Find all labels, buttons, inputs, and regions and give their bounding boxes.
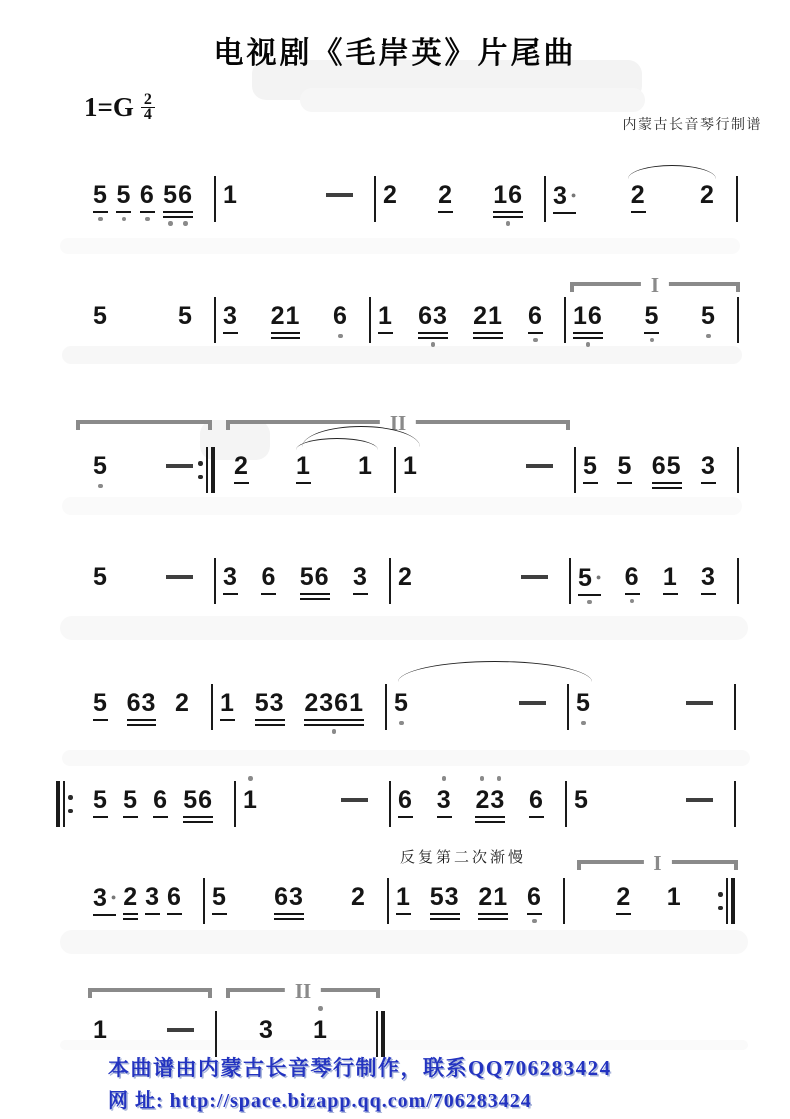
- note: 6: [623, 563, 642, 603]
- dash-note: [684, 786, 715, 802]
- score-line: 5532161632161655I: [0, 302, 790, 358]
- augmentation-dot: ●: [571, 190, 576, 200]
- octave-dot-low: [140, 217, 155, 222]
- note-digits: 5: [617, 452, 632, 480]
- dash-bar: [167, 1028, 194, 1032]
- note-digits: 1: [663, 563, 678, 591]
- note-digits: 1: [396, 883, 411, 911]
- note: 5: [91, 302, 110, 330]
- beam-underline: [430, 913, 460, 915]
- beam-underline: [617, 482, 632, 484]
- volta-bracket-continuation: [76, 420, 212, 430]
- note-digits: 16: [493, 181, 523, 209]
- note: 1: [218, 689, 237, 721]
- beam-underline: [553, 212, 576, 214]
- note-digits: 5: [701, 302, 716, 330]
- measure: 5: [566, 786, 735, 814]
- note: 5: [615, 452, 634, 484]
- note: 6: [138, 181, 157, 221]
- octave-dot-low: [418, 342, 448, 347]
- key-label: 1=G: [84, 92, 134, 123]
- beam-underline: [271, 337, 301, 339]
- barline-single: [737, 297, 739, 343]
- note-digits: 21: [473, 302, 503, 330]
- note: 6: [526, 302, 545, 342]
- note-digits: 21: [478, 883, 508, 911]
- note-digits: 5: [574, 786, 589, 814]
- octave-dot-high: [311, 1006, 330, 1011]
- octave-dot-low: [644, 338, 659, 343]
- note-digits: 56: [300, 563, 330, 591]
- octave-dot-high: [473, 776, 507, 781]
- octave-dot-low: [333, 334, 348, 339]
- note: 6: [331, 302, 350, 338]
- measure: 55: [85, 302, 215, 330]
- beam-underline: [583, 482, 598, 484]
- bar-stroke: [734, 781, 736, 827]
- note: 5: [91, 181, 110, 221]
- beam-underline: [163, 216, 193, 218]
- note: 2: [349, 883, 368, 911]
- note-digits: 56: [183, 786, 213, 814]
- beam-underline: [304, 724, 364, 726]
- score-line: 5211155653II: [0, 452, 790, 508]
- octave-dot-low: [163, 221, 193, 226]
- note: 5: [91, 689, 110, 721]
- measure: 5632: [85, 689, 212, 726]
- measure: 1532361: [212, 689, 386, 734]
- barline-single: [737, 558, 739, 604]
- barline-repeat-begin: [56, 781, 73, 827]
- note: 1: [91, 1016, 110, 1044]
- note: 3: [143, 883, 162, 915]
- dash-note: [517, 689, 548, 705]
- note-digits: 5: [212, 883, 227, 911]
- note: 2: [232, 452, 251, 484]
- beam-underline: [212, 913, 227, 915]
- note-digits: 3: [437, 786, 452, 814]
- note-digits: 2: [234, 452, 249, 480]
- note-digits: 16: [573, 302, 603, 330]
- note-digits: 6: [527, 883, 542, 911]
- note-digits: 5: [394, 689, 409, 717]
- measure: 1: [395, 452, 575, 480]
- note: 6: [151, 786, 170, 818]
- note-digits: 5: [123, 786, 138, 814]
- barline-single: [736, 176, 738, 222]
- note-digits: 5: [93, 786, 108, 814]
- note-digits: 1: [220, 689, 235, 717]
- note: 1: [311, 1016, 330, 1044]
- time-signature: 2 4: [141, 93, 155, 122]
- beam-underline: [438, 211, 453, 213]
- note-digits: 3: [223, 302, 238, 330]
- octave-dot-low: [93, 217, 108, 222]
- beam-underline: [220, 719, 235, 721]
- note-digits: 5: [178, 302, 193, 330]
- bar-stroke: [737, 297, 739, 343]
- note: 63: [416, 302, 450, 347]
- note-digits: 5: [576, 689, 591, 717]
- beam-underline: [573, 337, 603, 339]
- note-digits: 5: [93, 689, 108, 717]
- note: 5: [114, 181, 133, 221]
- note: 5: [91, 563, 110, 591]
- dash-bar: [166, 575, 193, 579]
- measure: 21: [577, 883, 735, 915]
- note: 6: [165, 883, 184, 915]
- note-digits: 6: [398, 786, 413, 814]
- beam-underline: [140, 211, 155, 213]
- octave-dot-high: [241, 776, 260, 781]
- barline-single: [563, 878, 565, 924]
- note-digits: 2: [123, 883, 138, 911]
- note: 3: [351, 563, 370, 595]
- note-digits: 65: [652, 452, 682, 480]
- note: 5: [210, 883, 229, 915]
- measure: 1: [235, 786, 390, 814]
- note-digits: 6: [529, 786, 544, 814]
- note: 2: [173, 689, 192, 717]
- note-digits: 21: [271, 302, 301, 330]
- dash-note: [324, 181, 355, 197]
- volta-bracket-continuation: [88, 988, 212, 998]
- beam-underline: [378, 332, 393, 334]
- repeat-dots: [718, 878, 723, 924]
- measure: 1655: [565, 302, 738, 347]
- beam-underline: [183, 821, 213, 823]
- measure: 5: [386, 689, 568, 725]
- note: 5●: [576, 563, 603, 604]
- beam-underline: [296, 482, 311, 484]
- beam-underline: [183, 816, 213, 818]
- measure: 3●236: [85, 883, 204, 920]
- note: 6: [259, 563, 278, 595]
- note-digits: 6: [140, 181, 155, 209]
- measure: 63236: [390, 786, 566, 823]
- volta-label: II: [285, 979, 321, 1004]
- dash-note: [524, 452, 555, 468]
- bar-stroke: [56, 781, 60, 827]
- note: 1: [241, 786, 260, 814]
- repeat-dots: [68, 781, 73, 827]
- beam-underline: [473, 332, 503, 334]
- slur-tie: [398, 661, 592, 682]
- note-digits: 53: [430, 883, 460, 911]
- tempo-annotation: 反复第二次渐慢: [400, 846, 526, 867]
- note-digits: 1: [296, 452, 311, 480]
- note: 2: [396, 563, 415, 591]
- measure: 2216: [375, 181, 545, 226]
- bar-stroke: [211, 447, 215, 493]
- score-line: 556561632365: [0, 786, 790, 842]
- bar-stroke: [734, 684, 736, 730]
- beam-underline: [127, 724, 157, 726]
- note: 3: [257, 1016, 276, 1044]
- note-digits: 6: [261, 563, 276, 591]
- note-digits: 6: [625, 563, 640, 591]
- beam-underline: [475, 816, 505, 818]
- measure: 153216: [388, 883, 564, 923]
- note: 53: [428, 883, 462, 920]
- beam-underline: [261, 593, 276, 595]
- augmentation-dot: ●: [111, 892, 116, 902]
- octave-dot-low: [93, 484, 108, 489]
- note: 5: [581, 452, 600, 484]
- note: 3●: [91, 883, 118, 916]
- dash-bar: [521, 575, 548, 579]
- barline-repeat-end: [198, 447, 215, 493]
- note: 2361: [302, 689, 366, 734]
- note: 21: [471, 302, 505, 339]
- note-digits: 23: [475, 786, 505, 814]
- dash-bar: [686, 701, 713, 705]
- bar-stroke: [726, 878, 728, 924]
- beam-underline: [475, 821, 505, 823]
- slur-tie: [628, 165, 716, 179]
- beam-underline: [578, 594, 601, 596]
- note: 21: [476, 883, 510, 920]
- note-digits: 3: [701, 452, 716, 480]
- dash-bar: [519, 701, 546, 705]
- octave-dot-low: [394, 721, 409, 726]
- beam-underline: [163, 211, 193, 213]
- measure: 163216: [370, 302, 565, 347]
- note-digits: 5: [116, 181, 131, 209]
- note: 23: [473, 786, 507, 823]
- octave-dot-low: [573, 342, 603, 347]
- bar-stroke: [737, 447, 739, 493]
- note-digits: 3●: [553, 181, 576, 210]
- note: 56: [298, 563, 332, 600]
- beam-underline: [167, 913, 182, 915]
- beam-underline: [625, 593, 640, 595]
- octave-dot-low: [625, 599, 640, 604]
- note: 6: [527, 786, 546, 818]
- note: 6: [396, 786, 415, 818]
- measure: 5●613: [570, 563, 738, 604]
- sheet-music-page: 电视剧《毛岸英》片尾曲 1=G 2 4 内蒙古长音琴行制谱 5565612216…: [0, 0, 790, 1119]
- beam-underline: [663, 593, 678, 595]
- octave-dot-high: [435, 776, 454, 781]
- note: 5: [699, 302, 718, 338]
- dash-note: [339, 786, 370, 802]
- octave-dot-low: [701, 334, 716, 339]
- beam-underline: [478, 913, 508, 915]
- beam-underline: [274, 913, 304, 915]
- note: 5: [121, 786, 140, 818]
- beam-underline: [255, 719, 285, 721]
- note: 2: [121, 883, 140, 920]
- note: 16: [491, 181, 525, 226]
- barline-single: [734, 684, 736, 730]
- note: 1: [221, 181, 240, 209]
- dash-bar: [341, 798, 368, 802]
- note-digits: 2: [631, 181, 646, 209]
- beam-underline: [153, 816, 168, 818]
- note-digits: 3: [353, 563, 368, 591]
- beam-underline: [644, 332, 659, 334]
- beam-underline: [493, 211, 523, 213]
- beam-underline: [493, 216, 523, 218]
- beam-underline: [652, 482, 682, 484]
- beam-underline: [353, 593, 368, 595]
- beam-underline: [473, 337, 503, 339]
- note: 3: [699, 563, 718, 595]
- note-digits: 3: [701, 563, 716, 591]
- beam-underline: [430, 918, 460, 920]
- note: 53: [253, 689, 287, 726]
- dash-bar: [166, 464, 193, 468]
- beam-underline: [145, 913, 160, 915]
- note-digits: 2: [700, 181, 715, 209]
- octave-dot-low: [493, 221, 523, 226]
- beam-underline: [223, 332, 238, 334]
- note: 56: [161, 181, 195, 226]
- note: 2: [436, 181, 455, 213]
- beam-underline: [93, 719, 108, 721]
- beam-underline: [631, 211, 646, 213]
- beam-underline: [234, 482, 249, 484]
- attribution-text: 内蒙古长音琴行制谱: [623, 114, 763, 134]
- octave-dot-low: [527, 919, 542, 924]
- beam-underline: [701, 482, 716, 484]
- note-digits: 5: [644, 302, 659, 330]
- beam-underline: [116, 211, 131, 213]
- note: 1: [665, 883, 684, 911]
- note-digits: 1: [313, 1016, 328, 1044]
- note-digits: 6: [333, 302, 348, 330]
- note: 5: [642, 302, 661, 342]
- meter-denominator: 4: [141, 107, 155, 122]
- note-digits: 1: [403, 452, 418, 480]
- octave-dot-low: [304, 729, 364, 734]
- note-digits: 3●: [93, 883, 116, 912]
- beam-underline: [123, 816, 138, 818]
- note-digits: 5: [93, 563, 108, 591]
- measure: 5: [85, 452, 215, 488]
- note-digits: 1: [358, 452, 373, 480]
- beam-underline: [127, 719, 157, 721]
- repeat-dots: [198, 447, 203, 493]
- page-title: 电视剧《毛岸英》片尾曲: [0, 28, 790, 72]
- beam-underline: [271, 332, 301, 334]
- note: 2: [629, 181, 648, 213]
- note-digits: 56: [163, 181, 193, 209]
- bar-stroke: [737, 558, 739, 604]
- note-digits: 53: [255, 689, 285, 717]
- note-digits: 5: [93, 181, 108, 209]
- note-digits: 3: [223, 563, 238, 591]
- measure: 55656: [85, 786, 235, 823]
- note-digits: 2: [398, 563, 413, 591]
- note-digits: 3: [145, 883, 160, 911]
- beam-underline: [255, 724, 285, 726]
- note: 5: [392, 689, 411, 725]
- beam-underline: [304, 719, 364, 721]
- volta-label: I: [643, 851, 671, 876]
- measure: 5: [85, 563, 215, 591]
- beam-underline: [418, 337, 448, 339]
- beam-underline: [223, 593, 238, 595]
- measure: 31: [216, 1016, 385, 1044]
- note: 63: [272, 883, 306, 920]
- octave-dot-low: [576, 721, 591, 726]
- octave-dot-low: [116, 217, 131, 222]
- note: 3: [221, 302, 240, 334]
- beam-underline: [573, 332, 603, 334]
- bar-stroke: [563, 878, 565, 924]
- beam-underline: [396, 913, 411, 915]
- note-digits: 63: [127, 689, 157, 717]
- augmentation-dot: ●: [596, 572, 601, 582]
- bar-stroke: [206, 447, 208, 493]
- beam-underline: [528, 332, 543, 334]
- note-digits: 6: [153, 786, 168, 814]
- beam-underline: [274, 918, 304, 920]
- note: 1: [356, 452, 375, 480]
- dash-note: [519, 563, 550, 579]
- measure: 55656: [85, 181, 215, 226]
- note-digits: 5: [93, 302, 108, 330]
- dash-bar: [526, 464, 553, 468]
- score-line: 3●236563215321621I反复第二次渐慢: [0, 883, 790, 939]
- beam-underline: [300, 598, 330, 600]
- beam-underline: [652, 487, 682, 489]
- note: 3: [435, 786, 454, 818]
- note-digits: 1: [223, 181, 238, 209]
- note: 1: [401, 452, 420, 480]
- note: 1: [376, 302, 395, 334]
- note-digits: 1: [378, 302, 393, 330]
- measure: 2: [390, 563, 570, 591]
- note-digits: 63: [274, 883, 304, 911]
- note-digits: 2: [383, 181, 398, 209]
- note: 65: [650, 452, 684, 489]
- dash-note: [165, 1016, 196, 1032]
- volta-bracket-ii: II: [226, 988, 380, 998]
- note: 2: [381, 181, 400, 209]
- note: 5: [574, 689, 593, 725]
- note: 1: [294, 452, 313, 484]
- volta-bracket-i: I: [570, 282, 740, 292]
- beam-underline: [418, 332, 448, 334]
- beam-underline: [616, 913, 631, 915]
- note-digits: 2: [616, 883, 631, 911]
- note-digits: 3: [259, 1016, 274, 1044]
- bar-stroke: [736, 176, 738, 222]
- note-digits: 6: [528, 302, 543, 330]
- barline-single: [737, 447, 739, 493]
- beam-underline: [123, 913, 138, 915]
- bar-stroke: [63, 781, 65, 827]
- note: 3●: [551, 181, 578, 214]
- note-digits: 2: [351, 883, 366, 911]
- meter-numerator: 2: [141, 93, 155, 107]
- beam-underline: [93, 211, 108, 213]
- note: 5: [91, 452, 110, 488]
- note-digits: 5: [583, 452, 598, 480]
- score-line: 55656122163●22: [0, 181, 790, 237]
- beam-underline: [93, 914, 116, 916]
- note: 63: [125, 689, 159, 726]
- dash-note: [164, 563, 195, 579]
- note-digits: 6: [167, 883, 182, 911]
- note-digits: 5: [93, 452, 108, 480]
- note-digits: 1: [667, 883, 682, 911]
- dash-note: [164, 452, 195, 468]
- score: 55656122163●225532161632161655I521115565…: [0, 0, 790, 1119]
